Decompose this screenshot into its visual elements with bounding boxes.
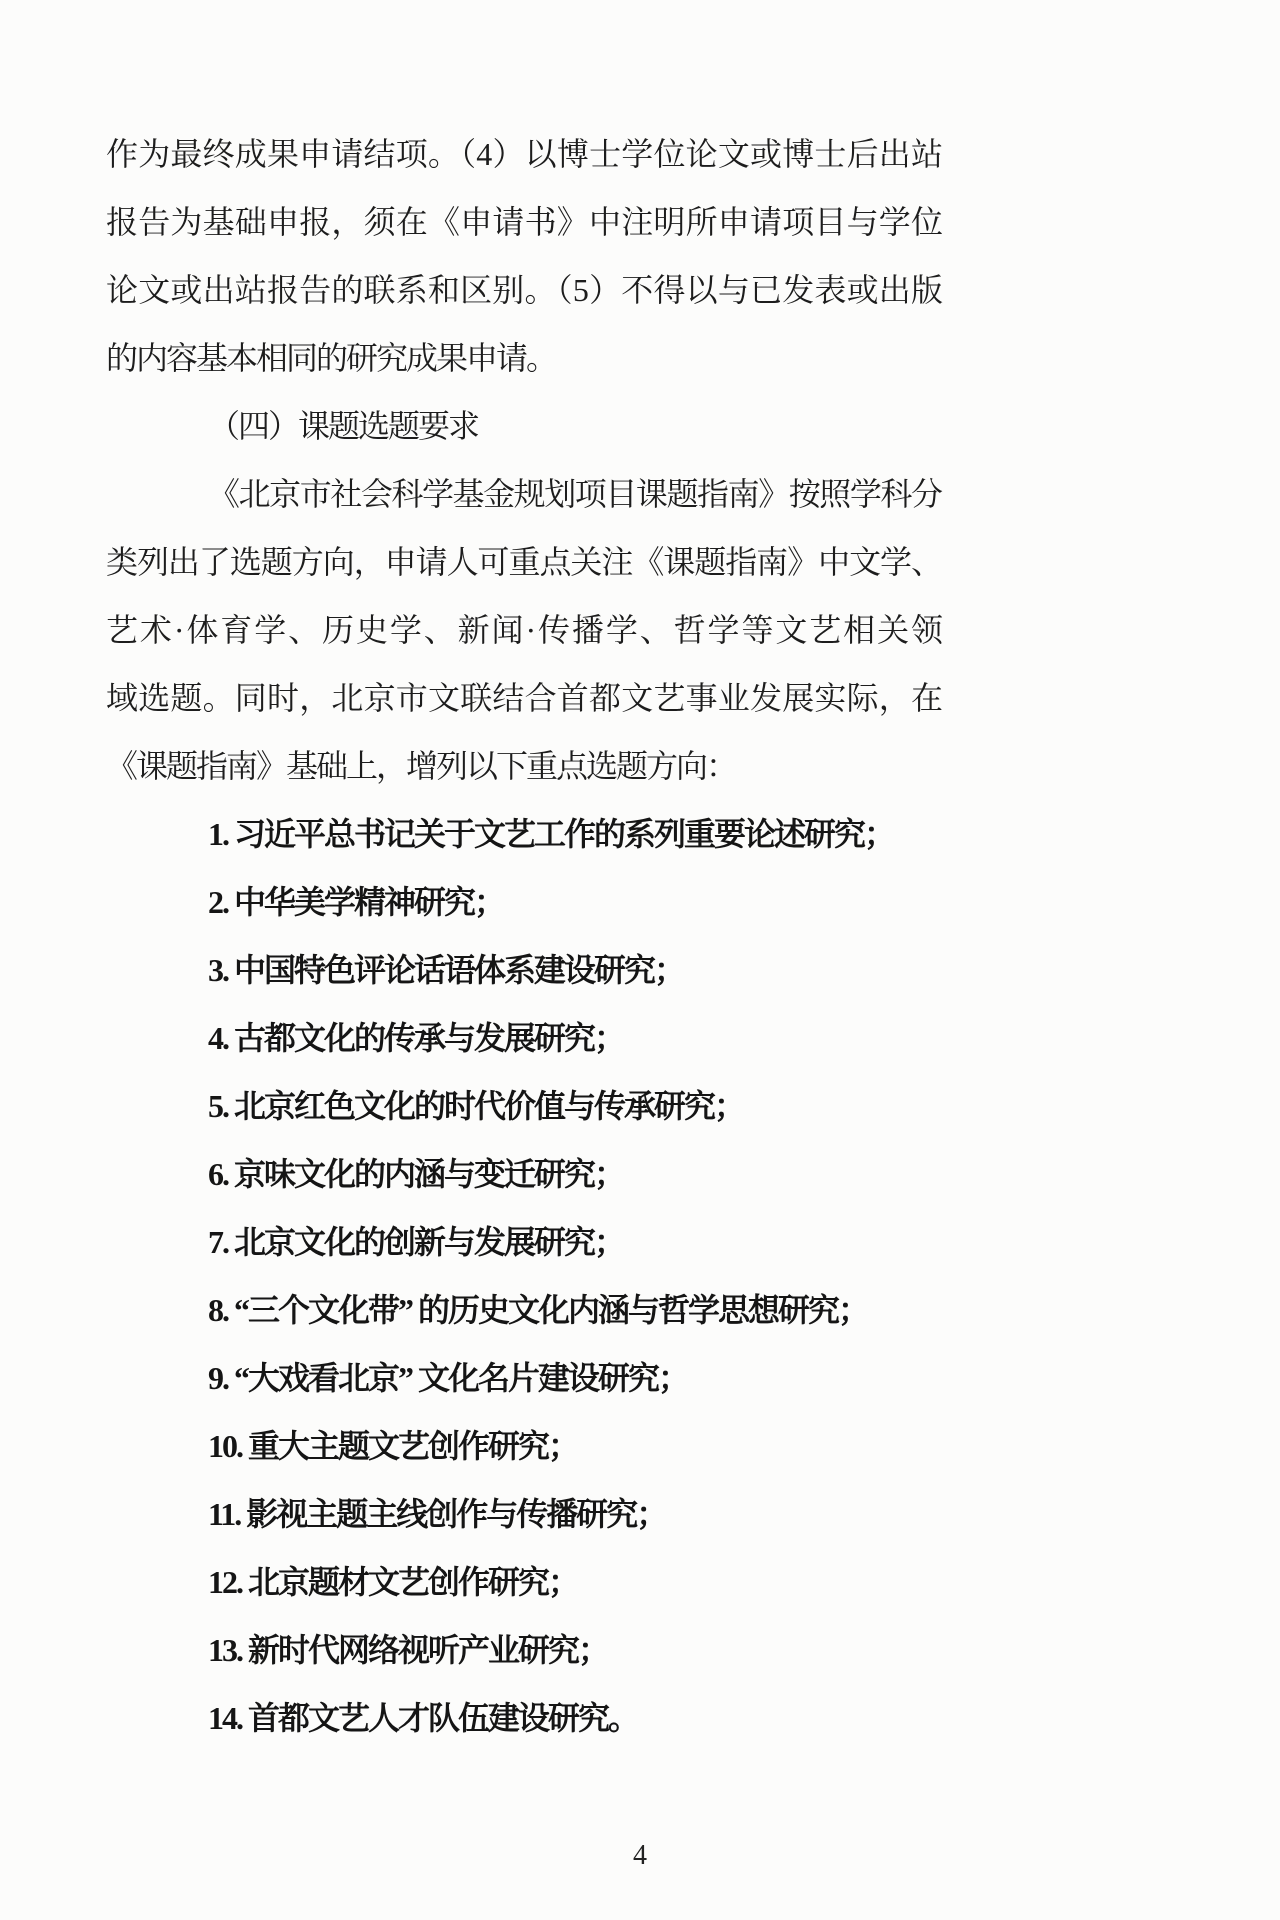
paragraph-line: 作为最终成果申请结项。（4）以博士学位论文或博士后出站 [106, 120, 941, 188]
page-number: 4 [0, 1840, 1280, 1872]
paragraph-line: 域选题。同时，北京市文联结合首都文艺事业发展实际，在 [106, 664, 941, 732]
paragraph-line: 报告为基础申报，须在《申请书》中注明所申请项目与学位 [106, 188, 941, 256]
list-item: 6. 京味文化的内涵与变迁研究； [106, 1140, 941, 1208]
paragraph-line: 《北京市社会科学基金规划项目课题指南》按照学科分 [106, 460, 941, 528]
paragraph-line: 的内容基本相同的研究成果申请。 [106, 324, 941, 392]
list-item: 1. 习近平总书记关于文艺工作的系列重要论述研究； [106, 800, 941, 868]
section-heading: （四）课题选题要求 [106, 392, 941, 460]
paragraph-line: 《课题指南》基础上，增列以下重点选题方向： [106, 732, 941, 800]
paragraph-line: 类列出了选题方向，申请人可重点关注《课题指南》中文学、 [106, 528, 941, 596]
list-item: 11. 影视主题主线创作与传播研究； [106, 1480, 941, 1548]
list-item: 7. 北京文化的创新与发展研究； [106, 1208, 941, 1276]
list-item: 2. 中华美学精神研究； [106, 868, 941, 936]
list-item: 10. 重大主题文艺创作研究； [106, 1412, 941, 1480]
scanned-document-page: 作为最终成果申请结项。（4）以博士学位论文或博士后出站 报告为基础申报，须在《申… [0, 0, 1280, 1920]
paragraph-line: 论文或出站报告的联系和区别。（5）不得以与已发表或出版 [106, 256, 941, 324]
list-item: 14. 首都文艺人才队伍建设研究。 [106, 1684, 941, 1752]
list-item: 8. “三个文化带” 的历史文化内涵与哲学思想研究； [106, 1276, 941, 1344]
list-item: 3. 中国特色评论话语体系建设研究； [106, 936, 941, 1004]
paragraph-line: 艺术·体育学、历史学、新闻·传播学、哲学等文艺相关领 [106, 596, 941, 664]
list-item: 13. 新时代网络视听产业研究； [106, 1616, 941, 1684]
list-item: 9. “大戏看北京” 文化名片建设研究； [106, 1344, 941, 1412]
list-item: 5. 北京红色文化的时代价值与传承研究； [106, 1072, 941, 1140]
list-item: 4. 古都文化的传承与发展研究； [106, 1004, 941, 1072]
list-item: 12. 北京题材文艺创作研究； [106, 1548, 941, 1616]
